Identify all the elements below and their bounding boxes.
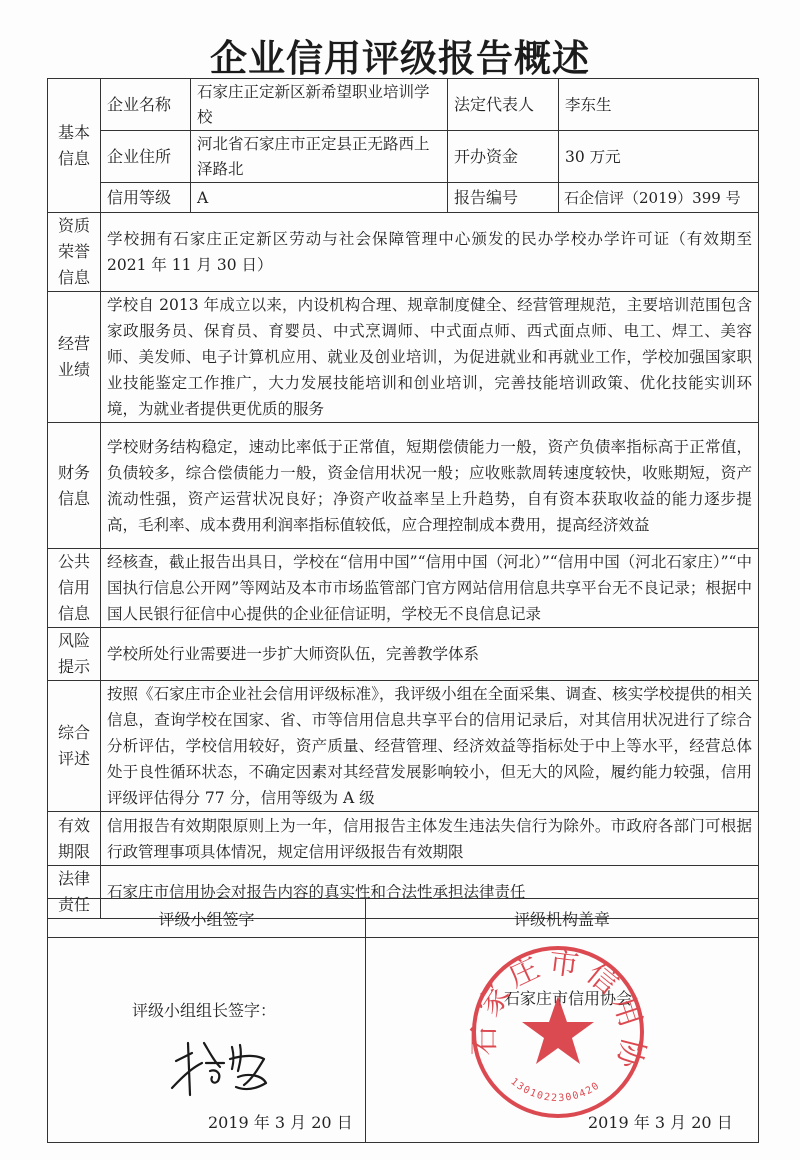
field-label-report-number: 报告编号	[448, 183, 559, 213]
section-label-risk: 风险提示	[48, 628, 101, 681]
field-label-address: 企业住所	[101, 131, 191, 183]
section-row-summary: 综合评述 按照《石家庄市企业社会信用评级标准》，我评级小组在全面采集、调查、核实…	[48, 681, 759, 812]
field-value-address: 河北省石家庄市正定县正无路西上泽路北	[191, 131, 448, 183]
section-text-public-credit: 经核查，截止报告出具日，学校在“信用中国”“信用中国（河北）”“信用中国（河北石…	[101, 549, 759, 628]
section-label-text: 风险提示	[57, 628, 91, 680]
section-row-risk: 风险提示 学校所处行业需要进一步扩大师资队伍，完善教学体系	[48, 628, 759, 681]
section-label-summary: 综合评述	[48, 681, 101, 812]
section-label-basic-info: 基本信息	[48, 79, 101, 213]
field-value-company-name: 石家庄正定新区新希望职业培训学校	[191, 79, 448, 131]
section-label-validity: 有效期限	[48, 812, 101, 866]
section-label-text: 基本信息	[57, 120, 91, 172]
section-label-text: 财务信息	[57, 460, 91, 512]
section-label-finance: 财务信息	[48, 423, 101, 549]
section-label-qualification: 资质荣誉信息	[48, 213, 101, 292]
official-seal-icon: 石家庄市信用协会 1301022300420	[468, 942, 648, 1122]
basic-row-name: 基本信息 企业名称 石家庄正定新区新希望职业培训学校 法定代表人 李东生	[48, 79, 759, 131]
section-row-finance: 财务信息 学校财务结构稳定，速动比率低于正常值，短期偿债能力一般，资产负债率指标…	[48, 423, 759, 549]
org-stamp-cell: 石家庄市信用协会 石家庄市信用协会 1301022300420 2019 年 3…	[366, 938, 759, 1143]
leader-signature-label: 评级小组组长签字：	[132, 998, 276, 1021]
section-row-operations: 经营业绩 学校自 2013 年成立以来，内设机构合理、规章制度健全、经营管理规范…	[48, 292, 759, 423]
field-label-credit-rating: 信用等级	[101, 183, 191, 213]
handwritten-signature-icon	[168, 1033, 278, 1103]
section-row-validity: 有效期限 信用报告有效期限原则上为一年，信用报告主体发生违法失信行为除外。市政府…	[48, 812, 759, 866]
field-value-capital: 30 万元	[559, 131, 759, 183]
section-label-text: 公共信用信息	[57, 549, 91, 627]
section-label-text: 有效期限	[57, 813, 91, 865]
section-label-text: 经营业绩	[57, 331, 91, 383]
field-label-legal-rep: 法定代表人	[448, 79, 559, 131]
section-text-qualification: 学校拥有石家庄正定新区劳动与社会保障管理中心颁发的民办学校办学许可证（有效期至 …	[101, 213, 759, 292]
section-label-operations: 经营业绩	[48, 292, 101, 423]
section-text-summary: 按照《石家庄市企业社会信用评级标准》，我评级小组在全面采集、调查、核实学校提供的…	[101, 681, 759, 812]
section-label-public-credit: 公共信用信息	[48, 549, 101, 628]
page-title: 企业信用评级报告概述	[0, 28, 800, 82]
section-row-qualification: 资质荣誉信息 学校拥有石家庄正定新区劳动与社会保障管理中心颁发的民办学校办学许可…	[48, 213, 759, 292]
section-label-text: 资质荣誉信息	[57, 213, 91, 291]
section-text-risk: 学校所处行业需要进一步扩大师资队伍，完善教学体系	[101, 628, 759, 681]
field-value-report-number: 石企信评（2019）399 号	[559, 183, 759, 213]
team-signature-date: 2019 年 3 月 20 日	[208, 1110, 353, 1133]
section-label-text: 综合评述	[57, 720, 91, 772]
svg-text:1301022300420: 1301022300420	[508, 1076, 602, 1104]
field-value-legal-rep: 李东生	[559, 79, 759, 131]
signature-body-row: 评级小组组长签字： 2019 年 3 月 20 日 石家庄市信用协会	[48, 938, 759, 1143]
signature-header-stamp: 评级机构盖章	[366, 899, 759, 938]
signature-header-row: 评级小组签字 评级机构盖章	[48, 899, 759, 938]
signature-header-team: 评级小组签字	[48, 899, 366, 938]
field-label-company-name: 企业名称	[101, 79, 191, 131]
field-value-credit-rating: A	[191, 183, 448, 213]
team-signature-cell: 评级小组组长签字： 2019 年 3 月 20 日	[48, 938, 366, 1143]
section-text-operations: 学校自 2013 年成立以来，内设机构合理、规章制度健全、经营管理规范，主要培训…	[101, 292, 759, 423]
report-table: 基本信息 企业名称 石家庄正定新区新希望职业培训学校 法定代表人 李东生 企业住…	[47, 78, 759, 919]
section-row-public-credit: 公共信用信息 经核查，截止报告出具日，学校在“信用中国”“信用中国（河北）”“信…	[48, 549, 759, 628]
basic-row-rating: 信用等级 A 报告编号 石企信评（2019）399 号	[48, 183, 759, 213]
section-text-validity: 信用报告有效期限原则上为一年，信用报告主体发生违法失信行为除外。市政府各部门可根…	[101, 812, 759, 866]
section-text-finance: 学校财务结构稳定，速动比率低于正常值，短期偿债能力一般，资产负债率指标高于正常值…	[101, 423, 759, 549]
signature-table: 评级小组签字 评级机构盖章 评级小组组长签字： 2019 年 3 月 20 日 …	[47, 898, 759, 1143]
field-label-capital: 开办资金	[448, 131, 559, 183]
basic-row-address: 企业住所 河北省石家庄市正定县正无路西上泽路北 开办资金 30 万元	[48, 131, 759, 183]
